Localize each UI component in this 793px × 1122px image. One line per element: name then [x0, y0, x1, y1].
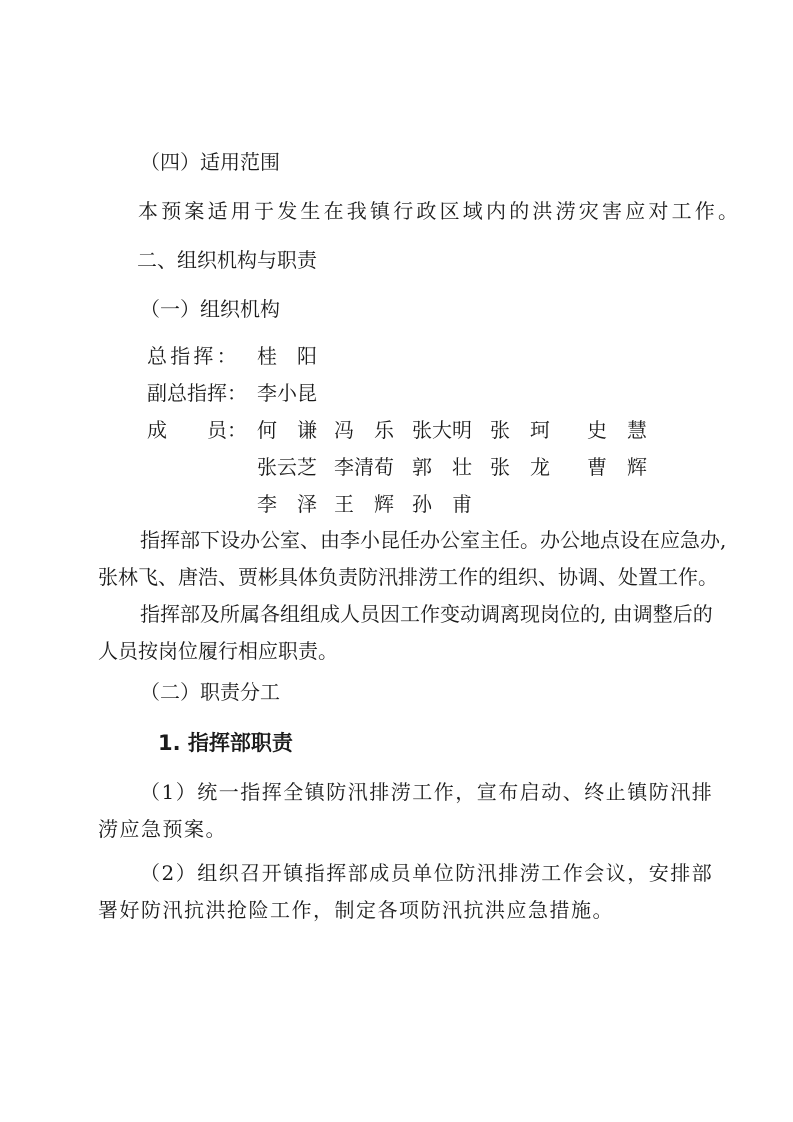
duty-item-2-line-1: （2）组织召开镇指挥部成员单位防汛排涝工作会议，安排部	[140, 861, 713, 885]
member-name: 张云芝	[257, 455, 317, 479]
change-paragraph-line-2: 人员按岗位履行相应职责。	[98, 639, 338, 663]
commander-label: 总指挥：	[147, 344, 255, 368]
member-name: 曹 辉	[587, 455, 647, 479]
duty-item-1-line-1: （1）统一指挥全镇防汛排涝工作，宣布启动、终止镇防汛排	[140, 780, 713, 804]
duty-heading-command: 1. 指挥部职责	[158, 731, 293, 755]
scope-paragraph: 本预案适用于发生在我镇行政区域内的洪涝灾害应对工作。	[138, 199, 741, 223]
office-paragraph-line-1: 指挥部下设办公室、由李小昆任办公室主任。办公地点设在应急办,	[140, 528, 726, 552]
section-heading-scope: （四）适用范围	[140, 150, 280, 174]
member-name: 张 龙	[490, 455, 550, 479]
duty-item-2-line-2: 署好防汛抗洪抢险工作，制定各项防汛抗洪应急措施。	[98, 898, 614, 922]
members-label: 成 员：	[147, 418, 255, 442]
office-paragraph-line-2: 张林飞、唐浩、贾彬具体负责防汛排涝工作的组织、协调、处置工作。	[98, 565, 718, 589]
deputy-label: 副总指挥：	[147, 381, 255, 405]
member-name: 冯 乐	[334, 418, 394, 442]
deputy-name: 李小昆	[257, 381, 317, 405]
member-name: 郭 壮	[412, 455, 472, 479]
chapter-heading-organization: 二、组织机构与职责	[137, 248, 317, 272]
subsection-heading-duties: （二）职责分工	[140, 680, 280, 704]
member-name: 张 珂	[490, 418, 550, 442]
members-row-1: 成 员： 何 谦 冯 乐 张大明 张 珂 史 慧	[147, 418, 707, 442]
duty-item-1-line-2: 涝应急预案。	[98, 817, 227, 841]
members-row-2: 张云芝 李清荀 郭 壮 张 龙 曹 辉	[147, 455, 707, 479]
member-name: 李清荀	[334, 455, 394, 479]
member-name: 何 谦	[257, 418, 317, 442]
members-row-3: 李 泽 王 辉 孙 甫	[147, 492, 707, 516]
change-paragraph-line-1: 指挥部及所属各组组成人员因工作变动调离现岗位的, 由调整后的	[140, 602, 713, 626]
subsection-heading-org-structure: （一）组织机构	[140, 297, 280, 321]
member-name: 张大明	[412, 418, 472, 442]
commander-name: 桂 阳	[257, 344, 317, 368]
member-name: 史 慧	[587, 418, 647, 442]
member-name: 王 辉	[334, 492, 394, 516]
member-name: 李 泽	[257, 492, 317, 516]
member-name: 孙 甫	[412, 492, 472, 516]
